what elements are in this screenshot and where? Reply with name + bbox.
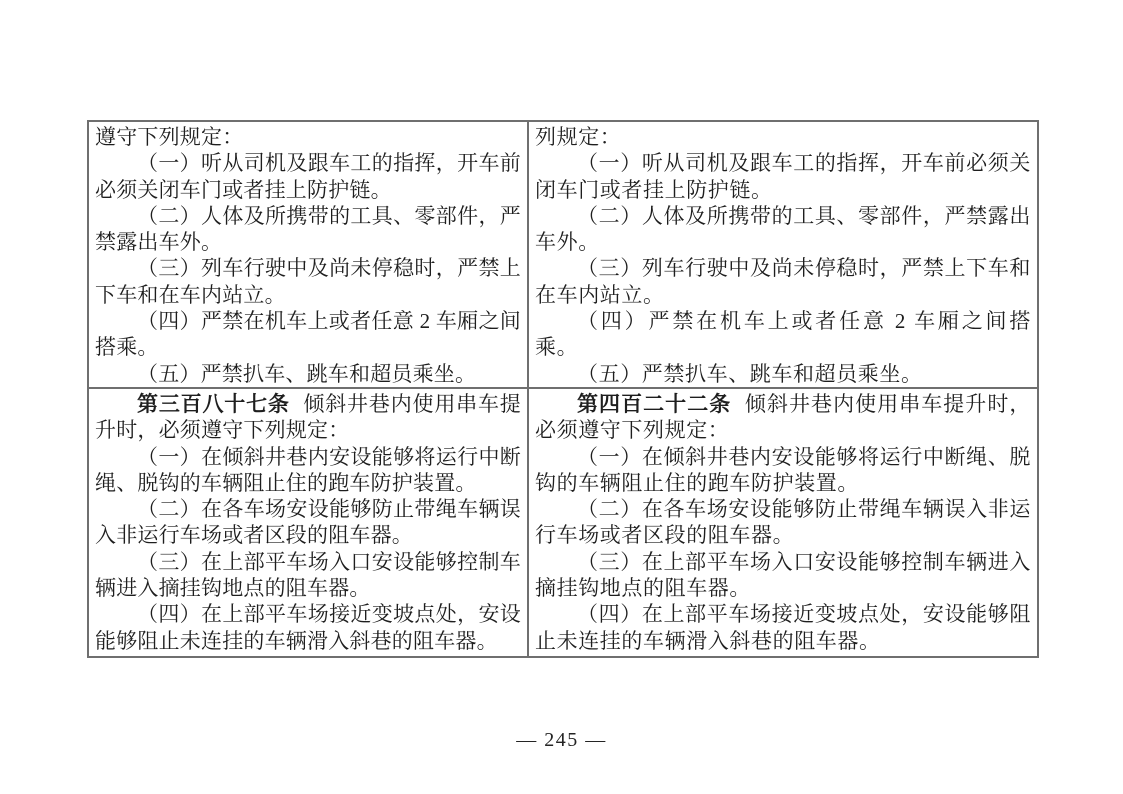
cell-left-article-387: 第三百八十七条倾斜井巷内使用串车提升时，必须遵守下列规定： （一）在倾斜井巷内安… [88,388,528,657]
clause-item-3: （三）在上部平车场入口安设能够控制车辆进入摘挂钩地点的阻车器。 [95,549,521,602]
page-number: — 245 — [0,729,1123,752]
regulations-comparison-table: 遵守下列规定： （一）听从司机及跟车工的指挥，开车前必须关闭车门或者挂上防护链。… [87,120,1039,658]
cell-right-article-422: 第四百二十二条倾斜井巷内使用串车提升时，必须遵守下列规定： （一）在倾斜井巷内安… [528,388,1038,657]
clause-item-3: （三）列车行驶中及尚未停稳时，严禁上下车和在车内站立。 [535,255,1031,308]
clause-item-1: （一）听从司机及跟车工的指挥，开车前必须关闭车门或者挂上防护链。 [535,150,1031,203]
clause-item-5: （五）严禁扒车、跳车和超员乘坐。 [95,361,521,387]
cell-left-continued-clause: 遵守下列规定： （一）听从司机及跟车工的指挥，开车前必须关闭车门或者挂上防护链。… [88,121,528,388]
clause-item-4: （四）在上部平车场接近变坡点处，安设能够阻止未连挂的车辆滑入斜巷的阻车器。 [535,601,1031,654]
clause-item-3: （三）列车行驶中及尚未停稳时，严禁上下车和在车内站立。 [95,255,521,308]
clause-item-4: （四）在上部平车场接近变坡点处，安设能够阻止未连挂的车辆滑入斜巷的阻车器。 [95,601,521,654]
clause-item-3: （三）在上部平车场入口安设能够控制车辆进入摘挂钩地点的阻车器。 [535,549,1031,602]
table-row: 遵守下列规定： （一）听从司机及跟车工的指挥，开车前必须关闭车门或者挂上防护链。… [88,121,1038,388]
clause-item-1: （一）在倾斜井巷内安设能够将运行中断绳、脱钩的车辆阻止住的跑车防护装置。 [95,444,521,497]
cell-right-continued-clause: 列规定： （一）听从司机及跟车工的指挥，开车前必须关闭车门或者挂上防护链。 （二… [528,121,1038,388]
clause-item-4: （四）严禁在机车上或者任意 2 车厢之间搭乘。 [535,308,1031,361]
clause-item-1: （一）听从司机及跟车工的指挥，开车前必须关闭车门或者挂上防护链。 [95,150,521,203]
document-page: 遵守下列规定： （一）听从司机及跟车工的指挥，开车前必须关闭车门或者挂上防护链。… [0,0,1123,794]
clause-item-5: （五）严禁扒车、跳车和超员乘坐。 [535,361,1031,387]
clause-item-4: （四）严禁在机车上或者任意 2 车厢之间搭乘。 [95,308,521,361]
table-row: 第三百八十七条倾斜井巷内使用串车提升时，必须遵守下列规定： （一）在倾斜井巷内安… [88,388,1038,657]
clause-item-1: （一）在倾斜井巷内安设能够将运行中断绳、脱钩的车辆阻止住的跑车防护装置。 [535,444,1031,497]
clause-item-2: （二）在各车场安设能够防止带绳车辆误入非运行车场或者区段的阻车器。 [95,496,521,549]
clause-continuation: 列规定： [535,124,1031,150]
article-heading-paragraph: 第三百八十七条倾斜井巷内使用串车提升时，必须遵守下列规定： [95,391,521,444]
article-number: 第三百八十七条 [137,392,290,416]
clause-item-2: （二）人体及所携带的工具、零部件，严禁露出车外。 [95,203,521,256]
article-number: 第四百二十二条 [577,392,731,416]
clause-item-2: （二）在各车场安设能够防止带绳车辆误入非运行车场或者区段的阻车器。 [535,496,1031,549]
clause-continuation: 遵守下列规定： [95,124,521,150]
article-heading-paragraph: 第四百二十二条倾斜井巷内使用串车提升时，必须遵守下列规定： [535,391,1031,444]
clause-item-2: （二）人体及所携带的工具、零部件，严禁露出车外。 [535,203,1031,256]
